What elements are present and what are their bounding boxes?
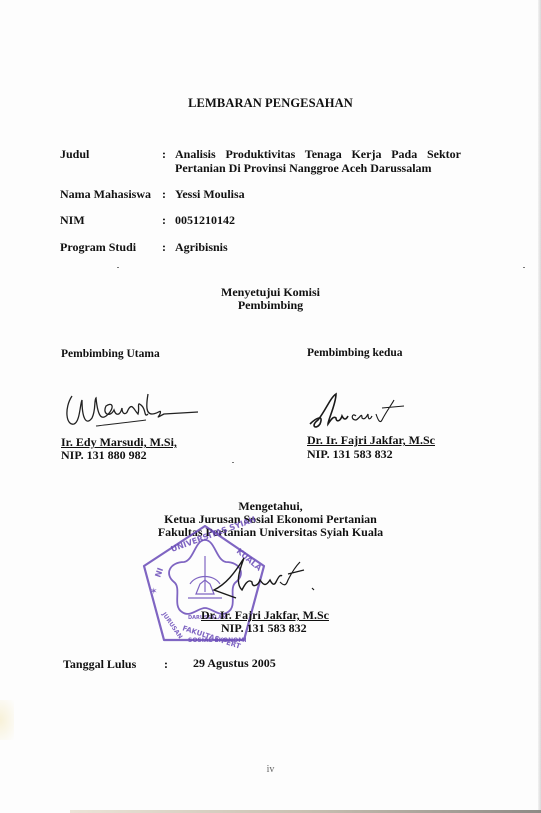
field-value-prodi: Agribisnis [175,240,228,255]
svg-text:✶: ✶ [150,587,158,597]
field-colon-nama: : [162,187,166,202]
advisor-2-nip: NIP. 131 583 832 [307,447,393,462]
paper-stain [0,700,14,740]
department-head-nip: NIP. 131 583 832 [221,621,307,636]
graduation-date: 29 Agustus 2005 [193,656,276,671]
page-number: iv [0,764,541,775]
field-label-judul: Judul [60,147,89,162]
approval-line-2: Pembimbing [0,299,541,312]
field-label-prodi: Program Studi [60,240,136,255]
field-colon-nim: : [162,213,166,228]
speck [232,462,234,463]
graduation-colon: : [164,657,168,672]
signature-advisor-1 [62,388,202,434]
signature-advisor-2 [306,390,406,432]
advisor-1-role: Pembimbing Utama [61,348,160,360]
field-colon-judul: : [162,147,166,162]
speck [117,267,119,268]
advisor-2-name: Dr. Ir. Fajri Jakfar, M.Sc [307,433,435,448]
judul-line-2: Pertanian Di Provinsi Nanggroe Aceh Daru… [175,161,432,175]
advisor-1-nip: NIP. 131 880 982 [61,448,147,463]
svg-text:SOSIAL EKONOMI: SOSIAL EKONOMI [188,637,246,644]
approval-heading: Menyetujui Komisi Pembimbing [0,286,541,312]
ack-line-3: Fakultas Pertanian Universitas Syiah Kua… [0,526,541,539]
graduation-label: Tanggal Lulus [63,657,136,672]
document-page: LEMBARAN PENGESAHAN Judul : Analisis Pro… [0,0,541,813]
advisor-2-role: Pembimbing kedua [307,347,403,359]
acknowledgement-block: Mengetahui, Ketua Jurusan Sosial Ekonomi… [0,500,541,539]
field-label-nim: NIM [60,213,85,228]
field-value-judul: Analisis Produktivitas Tenaga Kerja Pada… [175,147,461,175]
field-colon-prodi: : [162,240,166,255]
field-value-nim: 0051210142 [175,213,235,228]
speck [523,267,525,268]
field-value-nama: Yessi Moulisa [175,187,245,202]
signature-department-head [208,552,320,604]
page-title: LEMBARAN PENGESAHAN [0,96,541,111]
field-label-nama: Nama Mahasiswa [60,187,151,202]
svg-text:NI: NI [153,566,165,578]
judul-line-1: Analisis Produktivitas Tenaga Kerja Pada… [175,147,461,161]
